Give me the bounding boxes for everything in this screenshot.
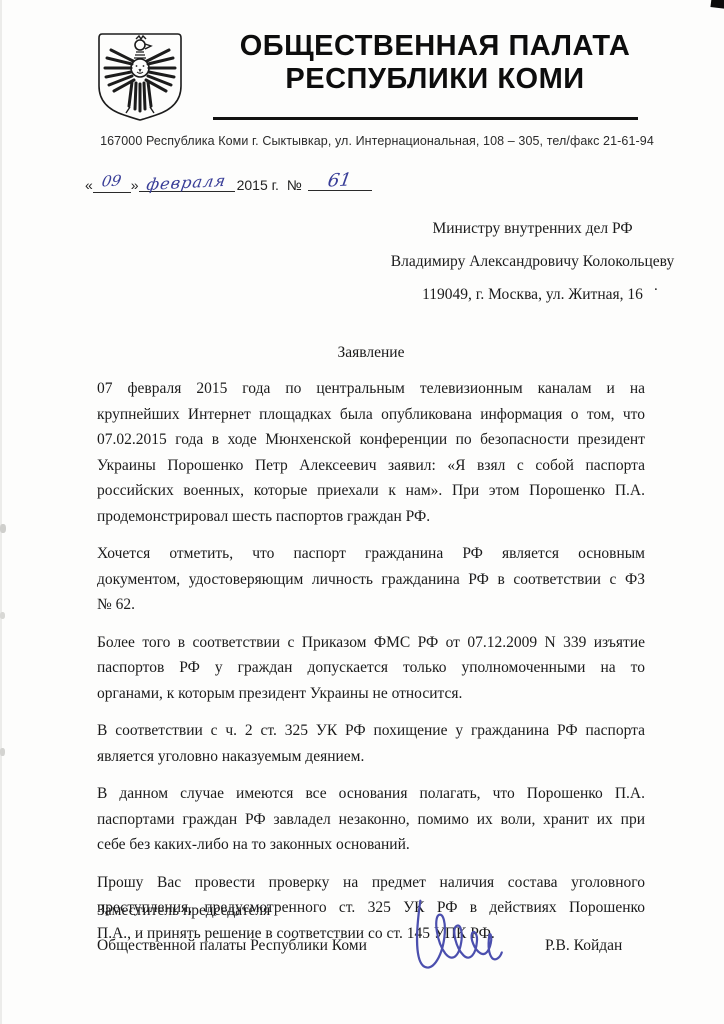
handwritten-month: февраля xyxy=(145,171,228,194)
scan-edge-speck xyxy=(0,612,5,619)
text-line: № 62. xyxy=(97,592,645,618)
reference-date-line: «09»февраля2015 г. №61 xyxy=(85,174,372,193)
text-line: продемонстрировал шесть паспортов гражда… xyxy=(97,504,645,530)
addressee-line2: Владимиру Александровичу Колокольцеву xyxy=(350,245,715,278)
handwritten-number: 61 xyxy=(326,169,352,191)
text-line: паспортов РФ у граждан допускается тольк… xyxy=(97,655,645,681)
addressee-line3: 119049, г. Москва, ул. Житная, 16 xyxy=(350,278,715,311)
text-line: В данном случае имеются все основания по… xyxy=(97,781,645,807)
scan-edge-speck xyxy=(0,524,6,533)
handwritten-day: 09 xyxy=(101,172,123,191)
text-line: крупнейших Интернет площадках была опубл… xyxy=(97,402,645,428)
paragraph-3: Более того в соответствии с Приказом ФМС… xyxy=(97,630,645,707)
year-printed: 2015 г. xyxy=(237,177,279,193)
text-line: 07.02.2015 года в ходе Мюнхенской конфер… xyxy=(97,427,645,453)
signer-position-line2: Общественной палаты Республики Коми xyxy=(97,937,367,955)
signer-name: Р.В. Койдан xyxy=(545,937,622,955)
organization-name-line1: ОБЩЕСТВЕННАЯ ПАЛАТА xyxy=(205,30,665,63)
handwritten-signature xyxy=(405,886,520,994)
text-line: В соответствии с ч. 2 ст. 325 УК РФ похи… xyxy=(97,718,645,744)
scanned-letter-page: ОБЩЕСТВЕННАЯ ПАЛАТА РЕСПУБЛИКИ КОМИ 1670… xyxy=(0,0,724,1024)
text-line: паспортами граждан РФ завладел незаконно… xyxy=(97,807,645,833)
number-blank: 61 xyxy=(308,174,372,191)
close-quote: » xyxy=(131,177,139,193)
komi-coat-of-arms-icon xyxy=(95,30,185,122)
text-line: документом, удостоверяющим личность граж… xyxy=(97,567,645,593)
text-line: Хочется отметить, что паспорт гражданина… xyxy=(97,541,645,567)
paragraph-2: Хочется отметить, что паспорт гражданина… xyxy=(97,541,645,618)
paragraph-1: 07 февраля 2015 года по центральным теле… xyxy=(97,376,645,529)
month-blank: февраля xyxy=(139,175,235,192)
text-line: Более того в соответствии с Приказом ФМС… xyxy=(97,630,645,656)
letterhead-address: 167000 Республика Коми г. Сыктывкар, ул.… xyxy=(30,134,724,148)
text-line: Прошу Вас провести проверку на предмет н… xyxy=(97,870,645,896)
letterhead-divider xyxy=(213,117,638,120)
paragraph-4: В соответствии с ч. 2 ст. 325 УК РФ похи… xyxy=(97,718,645,769)
number-sign: № xyxy=(287,177,302,193)
document-title: Заявление xyxy=(97,344,645,362)
text-line: российских военных, которые приехали к н… xyxy=(97,478,645,504)
open-quote: « xyxy=(85,177,93,193)
text-line: 07 февраля 2015 года по центральным теле… xyxy=(97,376,645,402)
scan-corner-artifact xyxy=(710,0,724,9)
organization-name-line2: РЕСПУБЛИКИ КОМИ xyxy=(205,63,665,96)
addressee-block: Министру внутренних дел РФ Владимиру Але… xyxy=(350,212,715,311)
organization-name: ОБЩЕСТВЕННАЯ ПАЛАТА РЕСПУБЛИКИ КОМИ xyxy=(205,30,665,96)
addressee-line1: Министру внутренних дел РФ xyxy=(350,212,715,245)
scan-edge-speck xyxy=(0,748,5,756)
text-line: Украины Порошенко Петр Алексеевич заявил… xyxy=(97,453,645,479)
letter-body: 07 февраля 2015 года по центральным теле… xyxy=(97,376,645,958)
signer-position-line1: Заместитель председателя xyxy=(97,902,270,920)
text-line: себе без каких-либо на то законных основ… xyxy=(97,832,645,858)
text-line: органами, к которым президент Украины не… xyxy=(97,681,645,707)
paragraph-5: В данном случае имеются все основания по… xyxy=(97,781,645,858)
day-blank: 09 xyxy=(93,176,131,193)
text-line: является уголовно наказуемым деянием. xyxy=(97,744,645,770)
scan-stray-dot: . xyxy=(654,278,658,295)
